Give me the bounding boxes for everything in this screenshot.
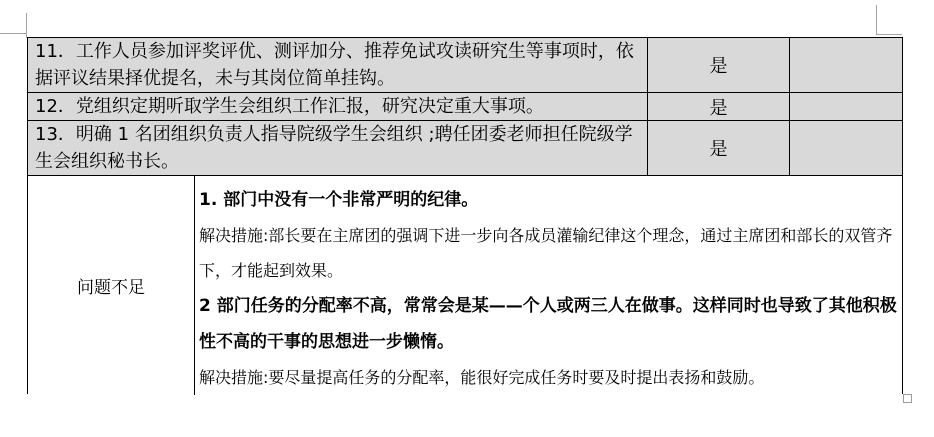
criterion-text: 11．工作人员参加评奖评优、测评加分、推荐免试攻读研究生等事项时，依据评议结果择…	[35, 38, 647, 92]
answer-text: 是	[710, 135, 728, 161]
problems-row: 问题不足 1. 部门中没有一个非常严明的纪律。 解决措施:部长要在主席团的强调下…	[28, 176, 902, 395]
answer-text: 是	[710, 52, 728, 78]
note-cell	[790, 121, 902, 175]
criterion-cell: 11．工作人员参加评奖评优、测评加分、推荐免试攻读研究生等事项时，依据评议结果择…	[28, 38, 648, 92]
text-boundary-mark-top-right-vertical	[876, 5, 877, 34]
problems-label: 问题不足	[77, 273, 145, 298]
text-boundary-mark-top-left-vertical	[26, 13, 27, 38]
criterion-cell: 13．明确 1 名团组织负责人指导院级学生会组织 ;聘任团委老师担任院级学生会组…	[28, 121, 648, 175]
word-document-page: 11．工作人员参加评奖评优、测评加分、推荐免试攻读研究生等事项时，依据评议结果择…	[0, 0, 934, 437]
criterion-cell: 12．党组织定期听取学生会组织工作汇报，研究决定重大事项。	[28, 93, 648, 120]
problem-1-text: 1. 部门中没有一个非常严明的纪律。	[199, 182, 902, 218]
answer-text: 是	[710, 94, 728, 120]
note-cell	[790, 93, 902, 120]
table-row-11: 11．工作人员参加评奖评优、测评加分、推荐免试攻读研究生等事项时，依据评议结果择…	[28, 38, 902, 93]
problems-content-cell: 1. 部门中没有一个非常严明的纪律。 解决措施:部长要在主席团的强调下进一步向各…	[195, 176, 902, 395]
solution-1-text: 解决措施:部长要在主席团的强调下进一步向各成员灌输纪律这个理念，通过主席团和部长…	[199, 218, 902, 288]
problem-2-text: 2 部门任务的分配率不高，常常会是某——个人或两三人在做事。这样同时也导致了其他…	[199, 288, 902, 360]
table-resize-handle[interactable]	[903, 394, 912, 403]
table-row-12: 12．党组织定期听取学生会组织工作汇报，研究决定重大事项。 是	[28, 93, 902, 121]
text-boundary-mark-top-left-horizontal	[0, 33, 27, 34]
assessment-table: 11．工作人员参加评奖评优、测评加分、推荐免试攻读研究生等事项时，依据评议结果择…	[27, 37, 903, 394]
criterion-text: 12．党组织定期听取学生会组织工作汇报，研究决定重大事项。	[35, 93, 544, 120]
answer-cell: 是	[648, 38, 790, 92]
table-row-13: 13．明确 1 名团组织负责人指导院级学生会组织 ;聘任团委老师担任院级学生会组…	[28, 121, 902, 176]
text-boundary-mark-top-right-horizontal	[876, 34, 902, 35]
solution-2-text: 解决措施:要尽量提高任务的分配率，能很好完成任务时要及时提出表扬和鼓励。	[199, 360, 902, 395]
problems-label-cell: 问题不足	[28, 176, 195, 395]
answer-cell: 是	[648, 121, 790, 175]
answer-cell: 是	[648, 93, 790, 120]
note-cell	[790, 38, 902, 92]
criterion-text: 13．明确 1 名团组织负责人指导院级学生会组织 ;聘任团委老师担任院级学生会组…	[35, 121, 647, 175]
